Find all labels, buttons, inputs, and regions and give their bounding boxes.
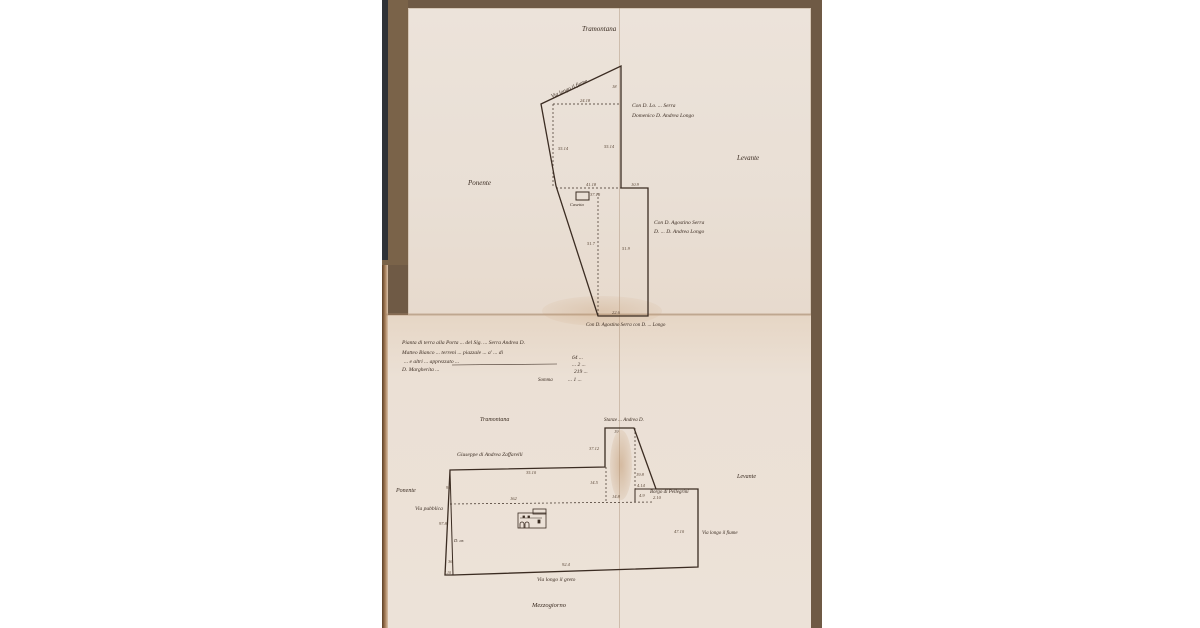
measurement: 51.7 (587, 241, 596, 246)
measurement: 35.10 (526, 470, 537, 475)
measurement: 4.9 (639, 493, 645, 498)
measurement: 10.9 (631, 182, 640, 187)
neighbor-label: D. ... D. Andrea Longo (653, 229, 705, 235)
neighbor-label: Stanze ... Andrea D. (604, 418, 644, 423)
legend-text: Pianta di terra alla Porta ... del Sig. … (401, 340, 525, 346)
legend-text: ... e altri ... apprezzato ... (404, 359, 459, 365)
scanned-map-sheet: Tramontana Levante Ponente Via longo il … (382, 0, 822, 628)
road-label: Via pubblica (415, 506, 443, 512)
legend-note: Pianta di terra alla Porta ... del Sig. … (401, 340, 588, 383)
farmhouse-sketch (518, 509, 546, 528)
border-label: Con D. Agostino Serra con D. ... Longo (586, 323, 666, 328)
compass-west-label: Ponente (467, 179, 491, 187)
measurement: 4.14 (637, 483, 646, 488)
measurement: 22.6 (612, 310, 621, 315)
bottom-plot-labels: Tramontana Levante Ponente Mezzogiorno G… (395, 417, 756, 609)
road-label: Via longo il fiume (702, 531, 738, 536)
measurement: 37.10 (590, 192, 601, 197)
measurement: 2.10 (653, 495, 662, 500)
measurement: 47.10 (674, 529, 685, 534)
measurement: 92.4 (562, 562, 571, 567)
corner-note: D. ar. (453, 538, 464, 543)
compass-north-label: Tramontana (480, 417, 509, 423)
survey-drawing: Tramontana Levante Ponente Via longo il … (382, 0, 822, 628)
road-label: Via longo il fiume (550, 77, 589, 100)
measurement: 95 (446, 485, 451, 490)
measurement: 7.10 (444, 570, 451, 575)
measurement: 24.18 (580, 98, 591, 103)
neighbor-label: Con D. Lo. ... Serra (632, 103, 676, 109)
measurement: 14.5 (590, 480, 599, 485)
compass-south-label: Mezzogiorno (531, 602, 567, 609)
legend-value: 64 ... (572, 354, 583, 361)
measurement: 97.8 (439, 521, 448, 526)
legend-value: 219 ... (574, 369, 588, 375)
neighbor-label: Giuseppe di Andrea Zaffarelli (457, 451, 523, 458)
compass-west-label: Ponente (395, 488, 416, 494)
measurement: 162 (510, 496, 518, 501)
measurement: 19 (614, 429, 619, 434)
neighbor-label: Con D. Agostino Serra (654, 220, 705, 226)
building-label: Casetta (570, 202, 585, 207)
measurement: 37.12 (589, 446, 600, 451)
measurement: 36 (448, 559, 453, 564)
bottom-plot (445, 428, 698, 575)
measurement: 55.14 (604, 144, 615, 149)
legend-total-label: Somma (538, 378, 553, 383)
measurement: 14.8 (612, 494, 621, 499)
neighbor-label: Domenico D. Andrea Longo (631, 113, 694, 119)
legend-value: ... 2 ... (572, 362, 586, 368)
measurement: 41.18 (586, 182, 597, 187)
compass-north-label: Tramontana (582, 25, 617, 33)
road-label: Via longo il greto (537, 577, 576, 583)
legend-value: ... 1 ... (568, 377, 582, 383)
measurement: 51.9 (622, 246, 631, 251)
legend-text: Matteo Bianco ... terreni ... piazzale .… (401, 350, 504, 356)
legend-text: D. Margherita ... (401, 367, 439, 373)
measurement: 18 (612, 84, 617, 89)
compass-east-label: Levante (736, 154, 759, 162)
compass-east-label: Levante (736, 474, 756, 480)
measurement: 19.8 (636, 472, 645, 477)
measurement: 55.14 (558, 146, 569, 151)
